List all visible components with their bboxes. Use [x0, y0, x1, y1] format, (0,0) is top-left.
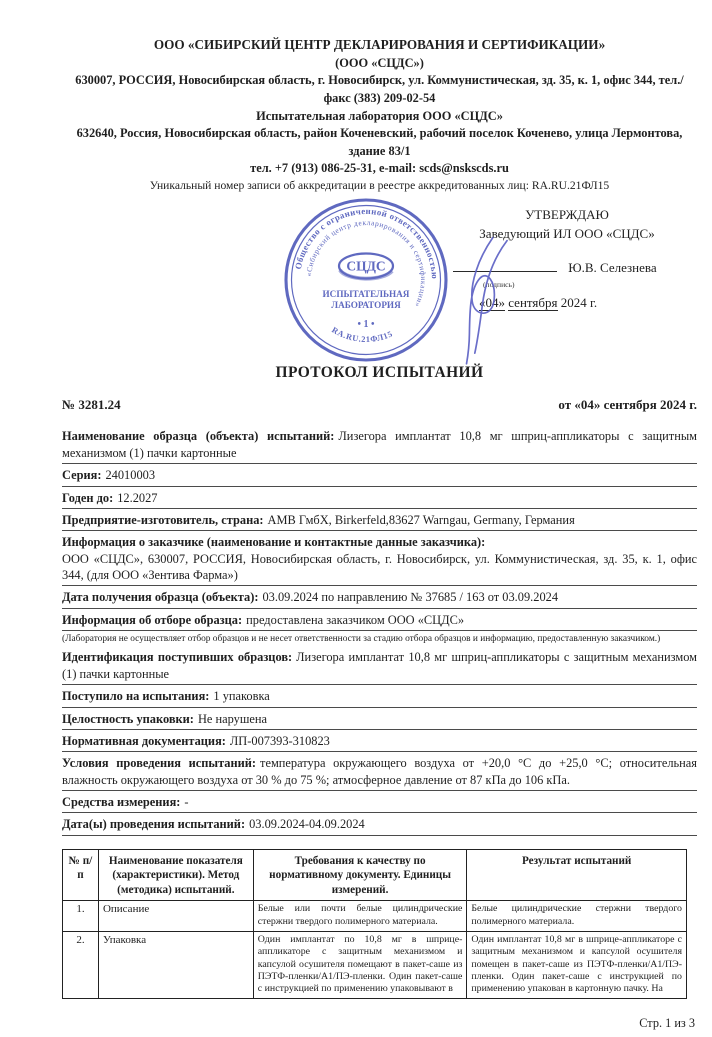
field-expiry: Годен до:12.2027 [62, 487, 697, 509]
row1-indicator: Описание [98, 901, 253, 932]
field-sampling-info: Информация об отборе образца:предоставле… [62, 609, 697, 631]
page-number-footer: Стр. 1 из 3 [62, 1016, 697, 1031]
document-title: ПРОТОКОЛ ИСПЫТАНИЙ [62, 364, 697, 382]
table-header-row: № п/п Наименование показателя (характери… [63, 849, 687, 901]
letterhead: ООО «СИБИРСКИЙ ЦЕНТР ДЕКЛАРИРОВАНИЯ И СЕ… [62, 36, 697, 194]
results-table: № п/п Наименование показателя (характери… [62, 849, 687, 1000]
col-header-indicator: Наименование показателя (характеристики)… [98, 849, 253, 901]
field-measuring-instruments: Средства измерения:- [62, 791, 697, 813]
field-received-quantity: Поступило на испытания:1 упаковка [62, 685, 697, 707]
stamp-center-line2: ЛАБОРАТОРИЯ [331, 300, 401, 310]
accreditation-line: Уникальный номер записи об аккредитации … [62, 178, 697, 194]
approver-name: Ю.В. Селезнева [568, 260, 656, 275]
lab-address: 632640, Россия, Новосибирская область, р… [62, 125, 697, 160]
contacts-line: тел. +7 (913) 086-25-31, e-mail: scds@ns… [62, 160, 697, 178]
stamp-approval-row: Общество с ограниченной ответственностью… [62, 198, 697, 362]
row1-number: 1. [63, 901, 99, 932]
handwritten-signature [452, 230, 525, 366]
field-receipt-date: Дата получения образца (объекта):03.09.2… [62, 586, 697, 608]
row2-indicator: Упаковка [98, 932, 253, 999]
stamp-center-line1: ИСПЫТАТЕЛЬНАЯ [323, 289, 410, 299]
col-header-number: № п/п [63, 849, 99, 901]
org-name: ООО «СИБИРСКИЙ ЦЕНТР ДЕКЛАРИРОВАНИЯ И СЕ… [62, 36, 697, 55]
protocol-number: № 3281.24 [62, 397, 121, 413]
sampling-disclaimer-note: (Лаборатория не осуществляет отбор образ… [62, 631, 697, 646]
field-manufacturer: Предприятие-изготовитель, страна:АМВ Гмб… [62, 509, 697, 531]
row1-requirement: Белые или почти белые цилиндрические сте… [253, 901, 467, 932]
row2-result: Один имплантат 10,8 мг в шприце-аппликат… [467, 932, 687, 999]
field-test-dates: Дата(ы) проведения испытаний:03.09.2024-… [62, 813, 697, 835]
field-customer-info: Информация о заказчике (наименование и к… [62, 531, 697, 586]
lab-name: Испытательная лаборатория ООО «СЦДС» [62, 108, 697, 126]
stamp-number: • 1 • [357, 319, 375, 330]
approve-heading: УТВЕРЖДАЮ [439, 206, 695, 225]
row2-number: 2. [63, 932, 99, 999]
table-row: 1. Описание Белые или почти белые цилинд… [63, 901, 687, 932]
protocol-document-page: ООО «СИБИРСКИЙ ЦЕНТР ДЕКЛАРИРОВАНИЯ И СЕ… [0, 0, 712, 1037]
protocol-number-row: № 3281.24 от «04» сентября 2024 г. [62, 397, 697, 413]
form-fields: Наименование образца (объекта) испытаний… [62, 425, 697, 835]
approval-block: УТВЕРЖДАЮ Заведующий ИЛ ООО «СЦДС» Ю.В. … [439, 206, 695, 312]
org-address: 630007, РОССИЯ, Новосибирская область, г… [62, 72, 697, 107]
stamp-logo-text: СЦДС [346, 259, 385, 274]
col-header-result: Результат испытаний [467, 849, 687, 901]
field-normative-doc: Нормативная документация:ЛП-007393-31082… [62, 730, 697, 752]
org-short-name: (ООО «СЦДС») [62, 55, 697, 73]
row1-result: Белые цилиндрические стержни твердого по… [467, 901, 687, 932]
col-header-requirements: Требования к качеству по нормативному до… [253, 849, 467, 901]
field-sample-name: Наименование образца (объекта) испытаний… [62, 425, 697, 464]
field-sample-identification: Идентификация поступивших образцов:Лизег… [62, 646, 697, 685]
field-test-conditions: Условия проведения испытаний:температура… [62, 752, 697, 791]
protocol-date: от «04» сентября 2024 г. [558, 397, 697, 413]
field-package-integrity: Целостность упаковки:Не нарушена [62, 708, 697, 730]
field-series: Серия:24010003 [62, 464, 697, 486]
table-row: 2. Упаковка Один имплантат по 10,8 мг в … [63, 932, 687, 999]
approval-date-year: 2024 г. [561, 295, 597, 310]
row2-requirement: Один имплантат по 10,8 мг в шприце-аппли… [253, 932, 467, 999]
lab-round-stamp-icon: Общество с ограниченной ответственностью… [280, 194, 452, 366]
